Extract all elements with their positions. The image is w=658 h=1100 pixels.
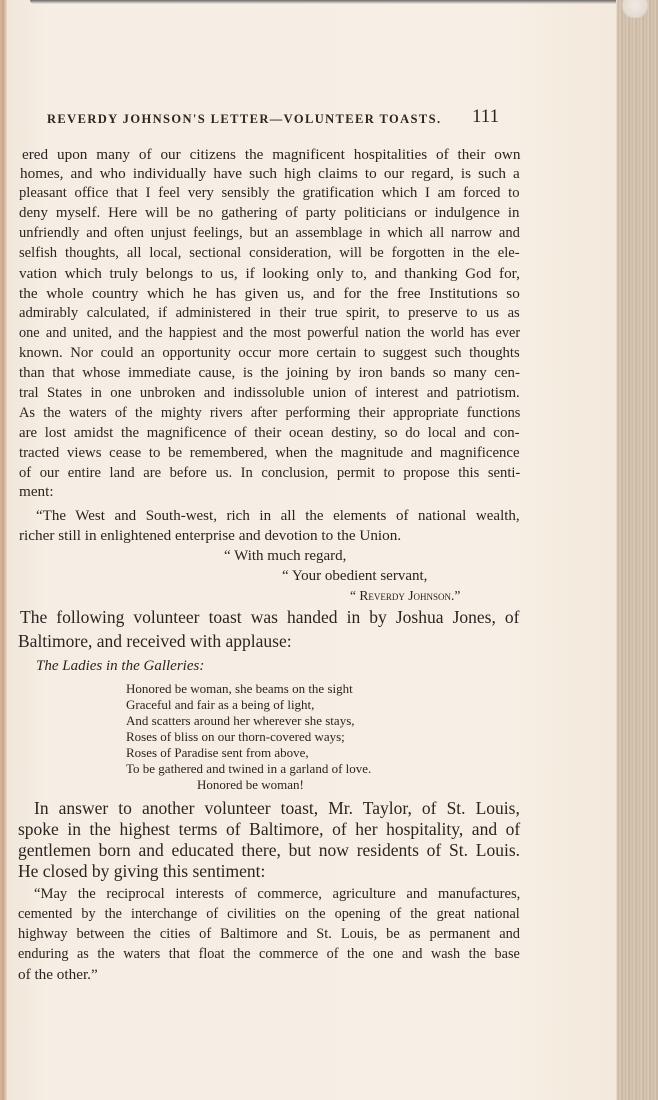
page-number: 111 <box>472 106 499 128</box>
text-line: Baltimore, and received with applause: <box>18 630 292 652</box>
text-line: richer still in enlightened enterprise a… <box>19 526 401 545</box>
verse-line: Roses of Paradise sent from above, <box>126 745 309 760</box>
running-head: Reverdy Johnson's Letter—Volunteer Toast… <box>47 112 517 127</box>
text-line: highway between the cities of Baltimore … <box>18 925 520 944</box>
text-line: spoke in the highest terms of Baltimore,… <box>18 818 520 840</box>
text-line: unfriendly and often unjust feelings, bu… <box>19 224 520 243</box>
text-line: homes, and who individually have such hi… <box>20 164 520 183</box>
text-line: the whole country which he has given us,… <box>19 284 520 303</box>
text-line: gentlemen born and educated there, but n… <box>18 839 520 861</box>
verse-line: Roses of bliss on our thorn-covered ways… <box>126 729 345 744</box>
verse-line: And scatters around her wherever she sta… <box>126 713 355 728</box>
text-line: are lost amidst the magnificence of thei… <box>19 424 520 443</box>
text-line: tracted views cease to be remembered, wh… <box>19 444 520 463</box>
text-line: tral States in one unbroken and indissol… <box>19 384 520 403</box>
letter-valediction: “ Your obedient servant, <box>282 568 427 585</box>
text-line: vation which truly belongs to us, if loo… <box>19 264 520 283</box>
text-line: ered upon many of our citizens the magni… <box>22 145 520 164</box>
verse-line: Graceful and fair as a being of light, <box>126 697 314 712</box>
verse-line: Honored be woman, she beams on the sight <box>126 681 353 696</box>
text-line: “The West and South-west, rich in all th… <box>36 507 520 526</box>
text-line: pleasant office that I feel very sensibl… <box>19 184 520 203</box>
page-corner-wear <box>620 0 650 18</box>
text-line: The following volunteer toast was handed… <box>20 606 520 628</box>
text-line: enduring as the waters that float the co… <box>18 945 520 964</box>
text-line: known. Nor could an opportunity occur mo… <box>19 344 520 363</box>
text-line: of our entire land are before us. In con… <box>19 464 520 483</box>
text-line: In answer to another volunteer toast, Mr… <box>34 797 520 819</box>
text-line: He closed by giving this sentiment: <box>18 860 265 882</box>
text-line: one and united, and the happiest and the… <box>19 324 520 343</box>
toast-title: The Ladies in the Galleries: <box>36 657 204 676</box>
text-line: than that whose immediate cause, is the … <box>19 364 520 383</box>
letter-closing: “ With much regard, <box>224 548 346 565</box>
scanned-book-page: Reverdy Johnson's Letter—Volunteer Toast… <box>0 0 658 1100</box>
text-line: ment: <box>19 482 54 501</box>
book-fore-edge <box>617 0 658 1100</box>
text-line: of the other.” <box>18 965 98 984</box>
verse-refrain: Honored be woman! <box>197 777 304 792</box>
verse-line: To be gathered and twined in a garland o… <box>126 761 371 776</box>
text-line: As the waters of the mighty rivers after… <box>19 404 520 423</box>
text-line: cemented by the interchange of civilitie… <box>18 905 520 924</box>
scanner-shadow <box>30 0 630 4</box>
text-line: admirably calculated, if administered in… <box>19 304 520 323</box>
letter-signature: “ Reverdy Johnson.” <box>350 588 460 604</box>
text-line: “May the reciprocal interests of commerc… <box>34 885 520 904</box>
text-line: selfish thoughts, all local, sectional c… <box>19 244 520 263</box>
text-line: deny myself. Here will be no gathering o… <box>19 204 520 223</box>
gutter-edge <box>0 0 7 1100</box>
